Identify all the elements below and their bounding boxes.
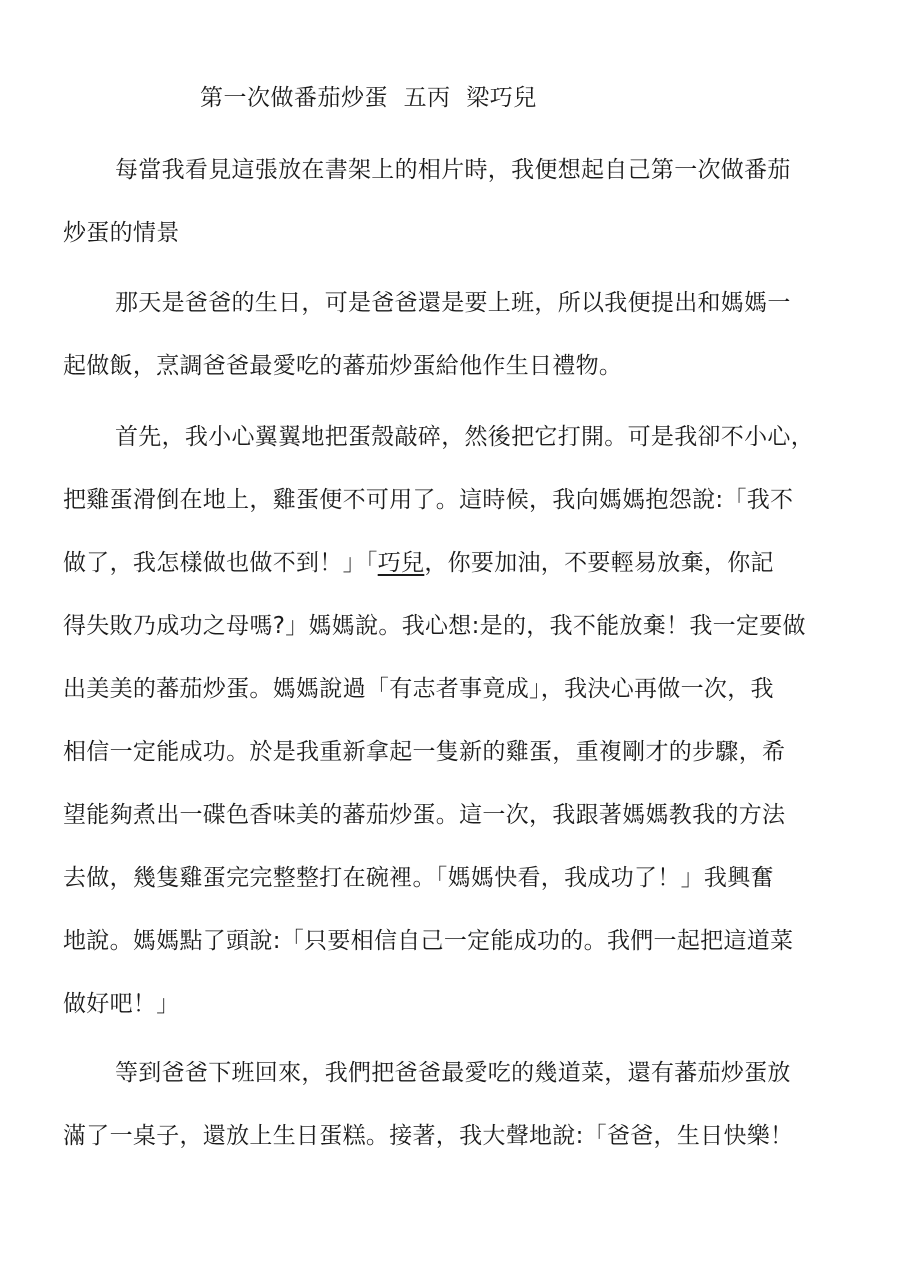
paragraph-3-line-10: 做好吧！」 xyxy=(63,988,853,1020)
document-page: 第一次做番茄炒蛋 五丙 梁巧兒 每當我看見這張放在書架上的相片時，我便想起自己第… xyxy=(0,0,905,1280)
paragraph-4-line-1: 等到爸爸下班回來，我們把爸爸最愛吃的幾道菜，還有蕃茄炒蛋放 xyxy=(115,1057,905,1089)
paragraph-3-line-9: 地說。媽媽點了頭說:「只要相信自己一定能成功的。我們一起把這道菜 xyxy=(63,925,853,957)
text-segment: 做了，我怎樣做也做不到！」「 xyxy=(63,550,378,576)
paragraph-2-line-1: 那天是爸爸的生日，可是爸爸還是要上班，所以我便提出和媽媽一 xyxy=(115,287,905,319)
paragraph-2-line-2: 起做飯，烹調爸爸最愛吃的蕃茄炒蛋給他作生日禮物。 xyxy=(63,350,853,382)
paragraph-1-line-2: 炒蛋的情景 xyxy=(63,217,853,249)
paragraph-4-line-2: 滿了一桌子，還放上生日蛋糕。接著，我大聲地說:「爸爸，生日快樂！ xyxy=(63,1120,853,1152)
paragraph-3-line-5: 出美美的蕃茄炒蛋。媽媽說過「有志者事竟成」，我決心再做一次，我 xyxy=(63,673,853,705)
paragraph-1-line-1: 每當我看見這張放在書架上的相片時，我便想起自己第一次做番茄 xyxy=(115,154,905,186)
paragraph-3-line-4: 得失敗乃成功之母嗎?」媽媽說。我心想:是的，我不能放棄！我一定要做 xyxy=(63,610,853,642)
paragraph-3-line-8: 去做，幾隻雞蛋完完整整打在碗裡。「媽媽快看，我成功了！」我興奮 xyxy=(63,862,853,894)
essay-title: 第一次做番茄炒蛋 五丙 梁巧兒 xyxy=(200,82,537,114)
paragraph-3-line-7: 望能夠煮出一碟色香味美的蕃茄炒蛋。這一次，我跟著媽媽教我的方法 xyxy=(63,799,853,831)
paragraph-3-line-6: 相信一定能成功。於是我重新拿起一隻新的雞蛋，重複剛才的步驟，希 xyxy=(63,736,853,768)
paragraph-3-line-2: 把雞蛋滑倒在地上，雞蛋便不可用了。這時候，我向媽媽抱怨說:「我不 xyxy=(63,484,853,516)
text-segment: ，你要加油，不要輕易放棄，你記 xyxy=(424,550,774,576)
paragraph-3-line-1: 首先，我小心翼翼地把蛋殼敲碎，然後把它打開。可是我卻不小心， xyxy=(115,421,905,453)
paragraph-3-line-3: 做了，我怎樣做也做不到！」「巧兒，你要加油，不要輕易放棄，你記 xyxy=(63,547,853,579)
underlined-name: 巧兒 xyxy=(378,550,425,576)
